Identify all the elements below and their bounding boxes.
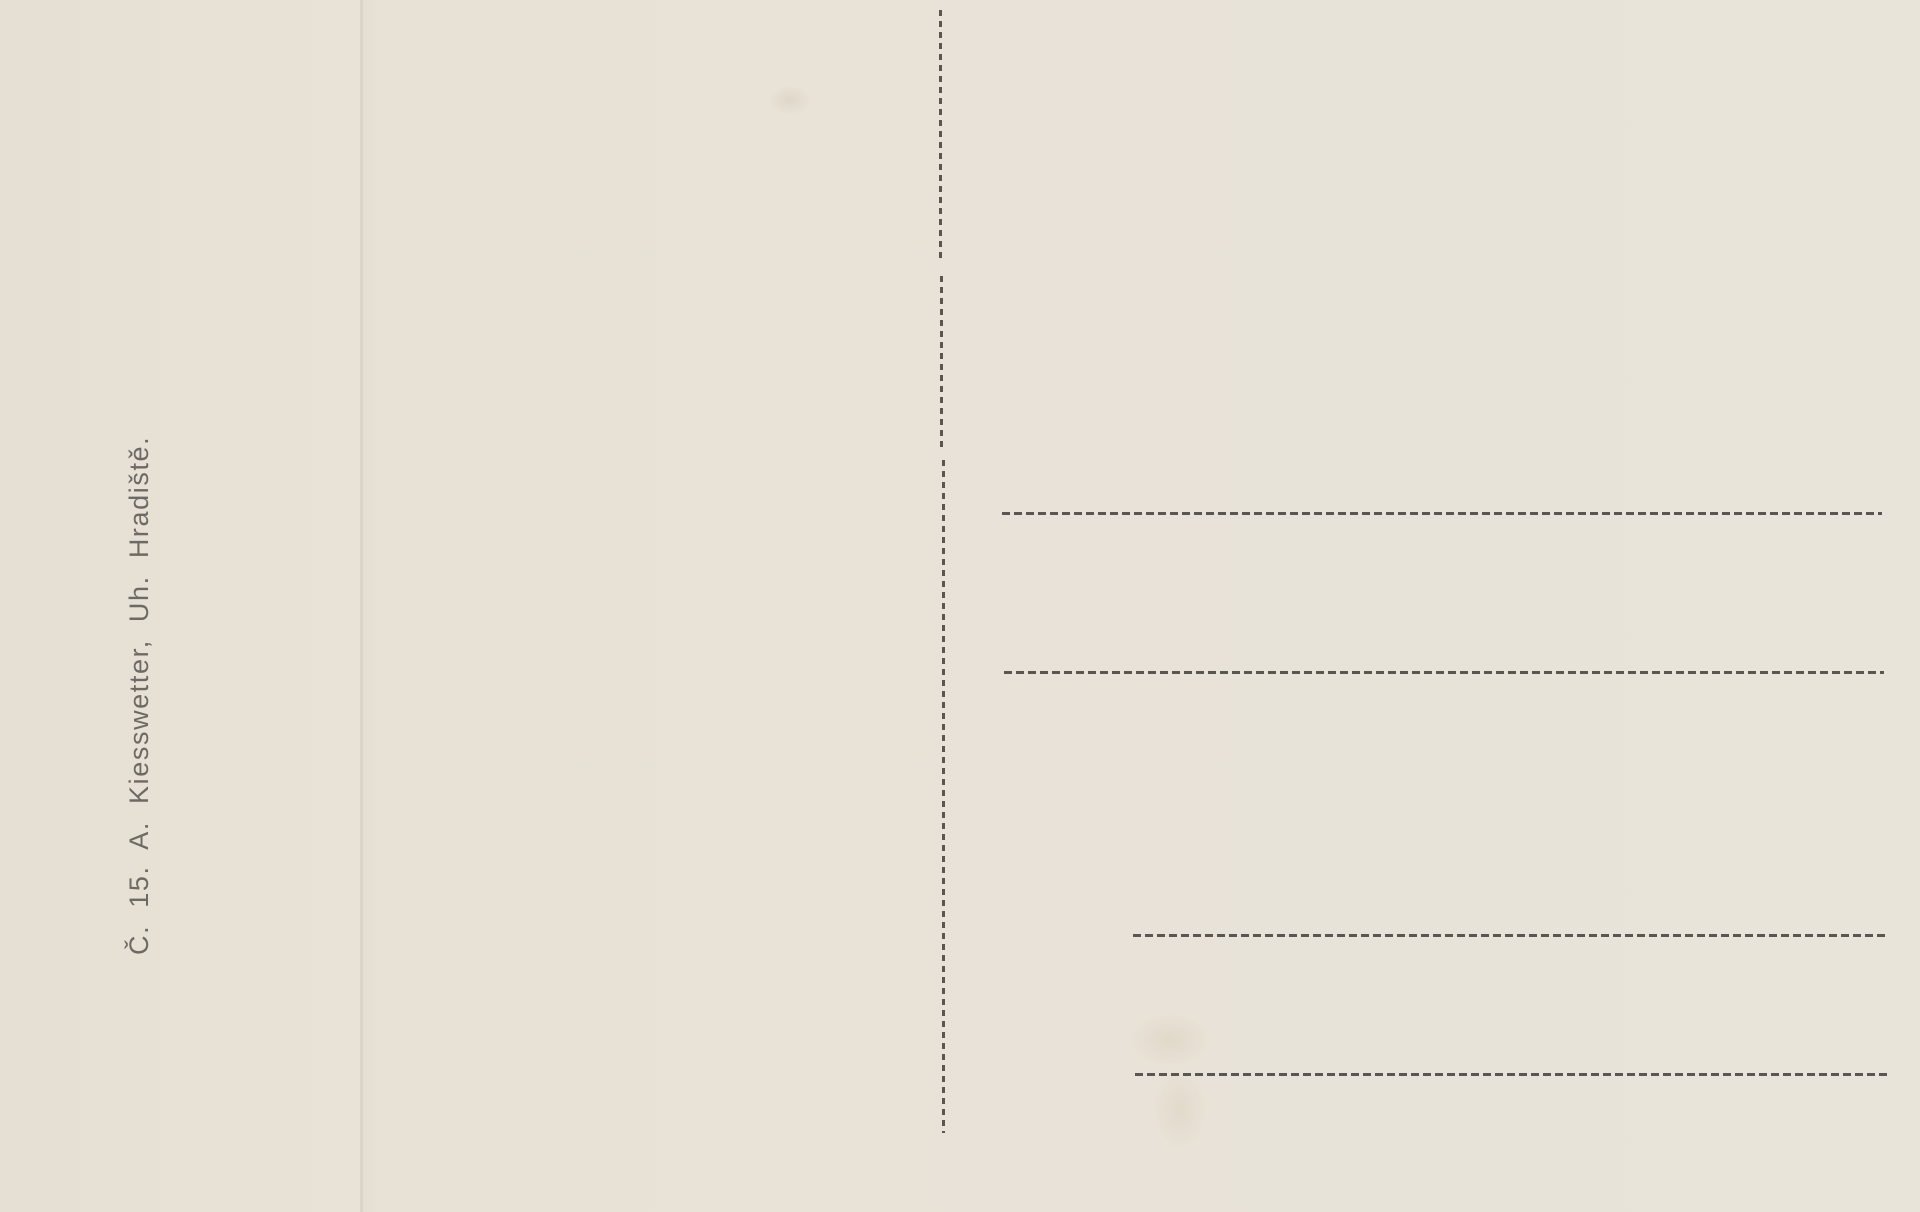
fold-crease xyxy=(360,0,363,1212)
publisher-imprint: Č. 15. A. Kiesswetter, Uh. Hradiště. xyxy=(124,436,155,955)
address-line-2 xyxy=(1004,671,1884,674)
center-divider-segment-3 xyxy=(942,460,945,1133)
postcard-back: Č. 15. A. Kiesswetter, Uh. Hradiště. xyxy=(0,0,1920,1212)
imprint-text: Č. 15. A. Kiesswetter, Uh. Hradiště. xyxy=(124,436,154,955)
address-line-3 xyxy=(1133,934,1887,937)
center-divider-segment-2 xyxy=(940,276,943,447)
center-divider-segment-1 xyxy=(939,10,942,259)
address-line-1 xyxy=(1002,512,1882,515)
address-line-4 xyxy=(1135,1073,1887,1076)
